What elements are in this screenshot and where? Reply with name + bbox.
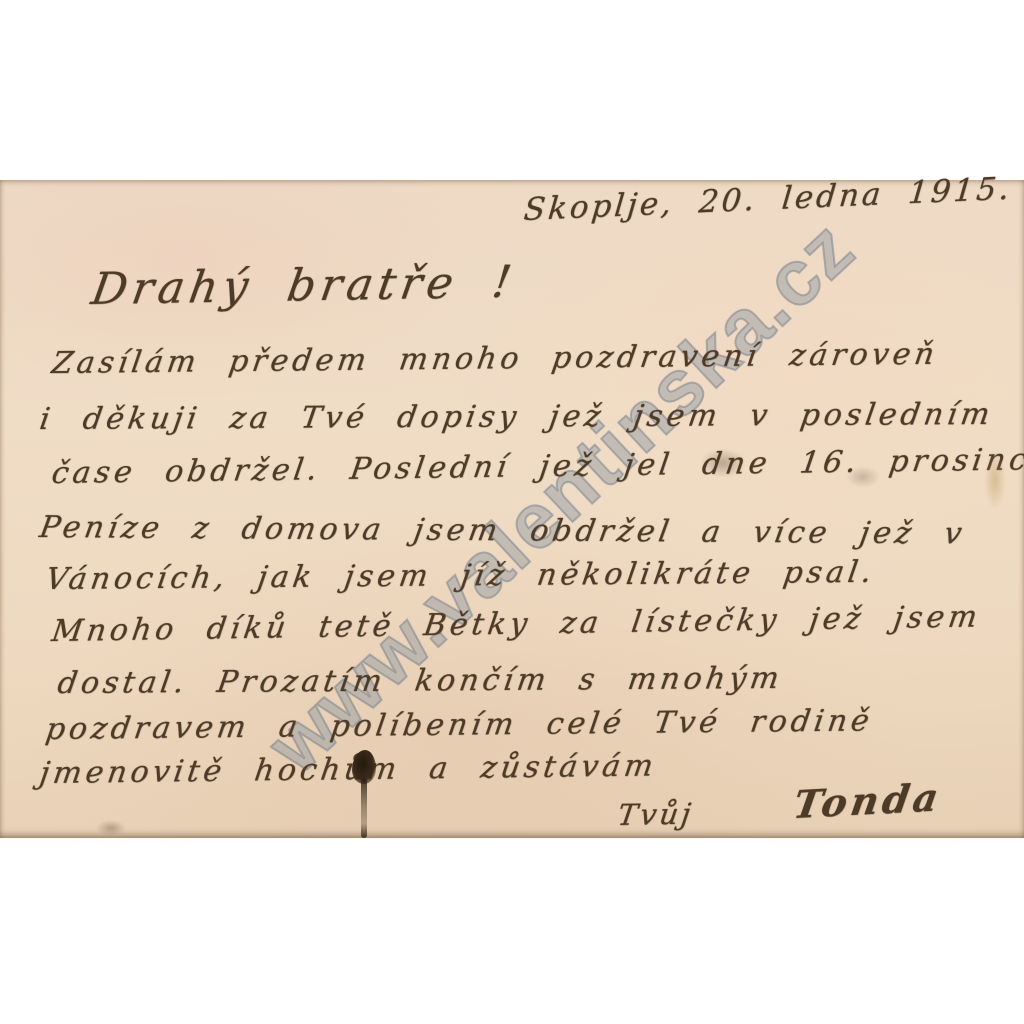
dateline: Skoplje, 20. ledna 1915. — [522, 171, 1013, 228]
scanned-image: www.valentinska.cz Skoplje, 20. ledna 19… — [0, 0, 1024, 1024]
body-line: čase obdržel. Poslední jež jel dne 16. p… — [49, 442, 1024, 491]
closing: Tvůj — [616, 797, 696, 832]
body-line: Zasílám předem mnoho pozdravení zároveň — [49, 337, 940, 381]
body-line: Mnoho díků tetě Bětky za lístečky jež js… — [50, 599, 984, 649]
body-line: dostal. Prozatím končím s mnohým — [55, 661, 785, 701]
paper-smudge — [96, 820, 126, 836]
body-line: Vánocích, jak jsem jíž několikráte psal. — [43, 555, 877, 597]
signature: Tonda — [790, 774, 945, 827]
body-line: pozdravem a políbením celé Tvé rodině — [43, 703, 875, 747]
body-line: i děkuji za Tvé dopisy jež jsem v posled… — [37, 397, 996, 437]
body-line: jmenovitě hochům a zůstávám — [37, 748, 659, 791]
salutation: Drahý bratře ! — [88, 257, 520, 316]
ink-blot — [350, 750, 380, 838]
body-line: Peníze z domova jsem obdržel a více jež … — [37, 510, 968, 551]
ink-drip — [361, 778, 367, 838]
postcard-scan: www.valentinska.cz Skoplje, 20. ledna 19… — [0, 180, 1024, 838]
